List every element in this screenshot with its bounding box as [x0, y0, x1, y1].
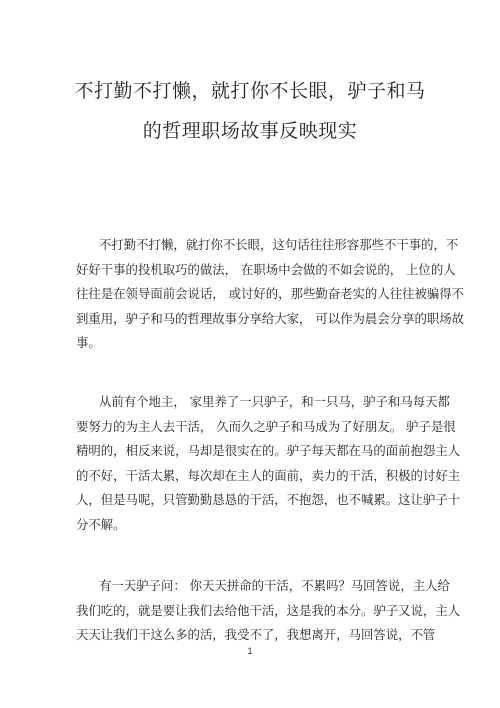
page-number: 1: [0, 646, 500, 656]
paragraph-story-1: 从前有个地主， 家里养了一只驴子，和一只马，驴子和马每天都 要努力的为主人去干活…: [76, 390, 422, 537]
text-line: 分不解。: [76, 513, 422, 538]
text-line: 天天让我们干这么多的活，我受不了，我想离开，马回答说，不管: [76, 623, 422, 648]
text-line: 到重用，驴子和马的哲理故事分享给大家， 可以作为晨会分享的职场故: [76, 307, 422, 332]
document-title-line-2: 的哲理职场故事反映现实: [0, 116, 500, 143]
text-line: 的不好，干活太累，每次却在主人的面前，卖力的干活，积极的讨好主: [76, 464, 422, 489]
text-line: 人，但是马呢，只管勤勤恳恳的干活，不抱怨，也不喊累。这让驴子十: [76, 488, 422, 513]
text-line: 往往是在领导面前会说话， 或讨好的，那些勤奋老实的人往往被骗得不: [76, 282, 422, 307]
paragraph-intro: 不打勤不打懒，就打你不长眼，这句话往往形容那些不干事的，不 好好干事的投机取巧的…: [76, 233, 422, 356]
text-line: 我们吃的，就是要让我们去给他干活，这是我的本分。驴子又说，主人: [76, 599, 422, 624]
document-title-line-1: 不打勤不打懒，就打你不长眼，驴子和马: [0, 76, 500, 103]
text-line: 有一天驴子问： 你天天拼命的干活，不累吗？马回答说，主人给: [76, 574, 422, 599]
text-line: 要努力的为主人去干活， 久而久之驴子和马成为了好朋友。 驴子是很: [76, 415, 422, 440]
text-line: 精明的，相反来说，马却是很实在的。驴子每天都在马的面前抱怨主人: [76, 439, 422, 464]
text-line: 好好干事的投机取巧的做法， 在职场中会做的不如会说的， 上位的人: [76, 258, 422, 283]
paragraph-story-2: 有一天驴子问： 你天天拼命的干活，不累吗？马回答说，主人给 我们吃的，就是要让我…: [76, 574, 422, 648]
text-line: 不打勤不打懒，就打你不长眼，这句话往往形容那些不干事的，不: [76, 233, 422, 258]
text-line: 从前有个地主， 家里养了一只驴子，和一只马，驴子和马每天都: [76, 390, 422, 415]
text-line: 事。: [76, 331, 422, 356]
